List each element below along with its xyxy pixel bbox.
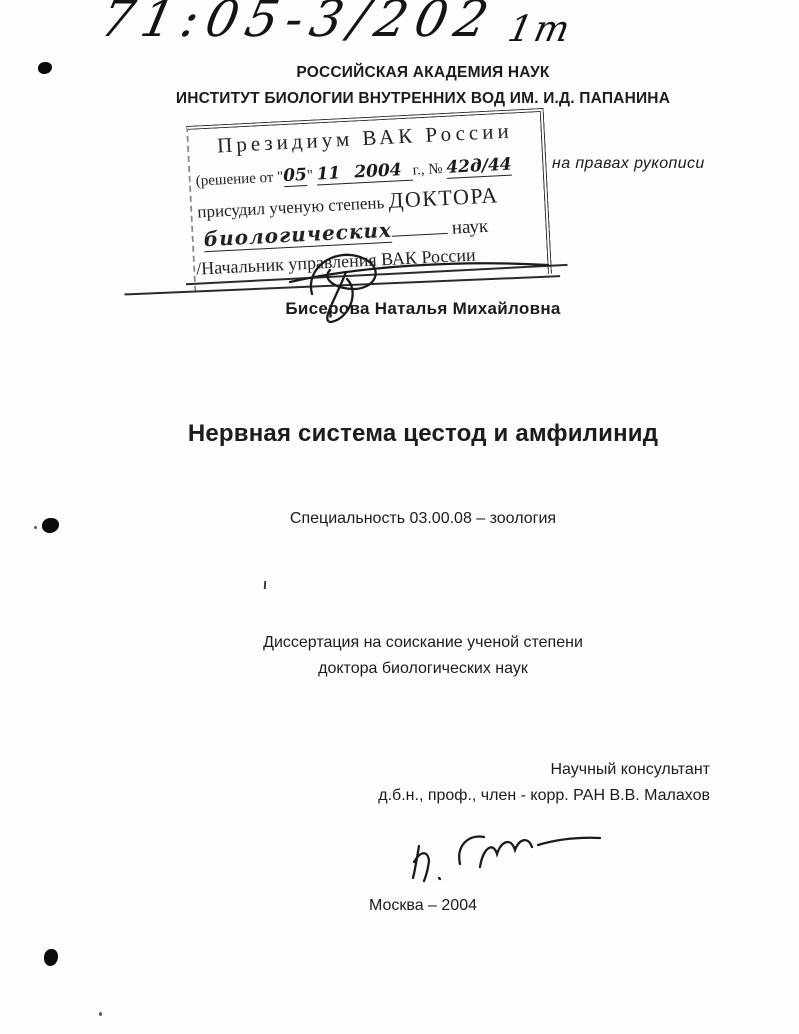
manuscript-note: на правах рукописи bbox=[552, 155, 705, 173]
scan-artifact-dot bbox=[44, 949, 58, 966]
archive-number-main: 71:05-3/202 bbox=[96, 0, 501, 48]
org-name-line2: ИНСТИТУТ БИОЛОГИИ ВНУТРЕННИХ ВОД ИМ. И.Д… bbox=[45, 90, 799, 108]
stamp-award-degree: ДОКТОРА bbox=[388, 182, 500, 213]
stamp-decision-quote: " bbox=[307, 168, 314, 184]
stamp-header: Президиум ВАК России bbox=[188, 117, 541, 160]
stamp-decision-month: 11 bbox=[316, 163, 341, 184]
consultant-label: Научный консультант bbox=[300, 757, 710, 783]
consultant-signature bbox=[398, 820, 618, 892]
scanned-title-page: 71:05-3/2021т РОССИЙСКАЯ АКАДЕМИЯ НАУК И… bbox=[0, 0, 799, 1034]
stamp-decision-label: г., № bbox=[412, 161, 443, 178]
dissertation-title: Нервная система цестод и амфилинид bbox=[45, 420, 799, 448]
consultant-block: Научный консультант д.б.н., проф., член … bbox=[300, 757, 710, 809]
scan-artifact-speck bbox=[34, 526, 37, 529]
stamp-decision-day: 05 bbox=[283, 165, 308, 187]
place-year: Москва – 2004 bbox=[45, 897, 799, 915]
archive-number-suffix: 1т bbox=[504, 9, 576, 50]
scan-artifact-dot bbox=[42, 518, 59, 533]
speciality-line: Специальность 03.00.08 – зоология bbox=[45, 510, 799, 528]
stamp-decision-year: 2004 bbox=[354, 160, 402, 182]
scan-artifact-speck bbox=[99, 1012, 102, 1016]
org-name-line1: РОССИЙСКАЯ АКАДЕМИЯ НАУК bbox=[45, 64, 799, 82]
archive-number: 71:05-3/2021т bbox=[96, 0, 580, 48]
consultant-name: д.б.н., проф., член - корр. РАН В.В. Мал… bbox=[300, 783, 710, 809]
stamp-award-prefix: присудил ученую степень bbox=[197, 193, 385, 221]
stamp-decision-prefix: (решение от " bbox=[195, 169, 283, 189]
scan-artifact-tick bbox=[264, 581, 266, 589]
stamp-decision-month-year: 112004 bbox=[316, 160, 413, 186]
dissertation-purpose-line2: доктора биологических наук bbox=[45, 660, 799, 678]
dissertation-purpose-line1: Диссертация на соискание ученой степени bbox=[45, 634, 799, 652]
stamp-decision-number: 42д/44 bbox=[446, 155, 512, 179]
author-name: Бисерова Наталья Михайловна bbox=[45, 299, 799, 319]
